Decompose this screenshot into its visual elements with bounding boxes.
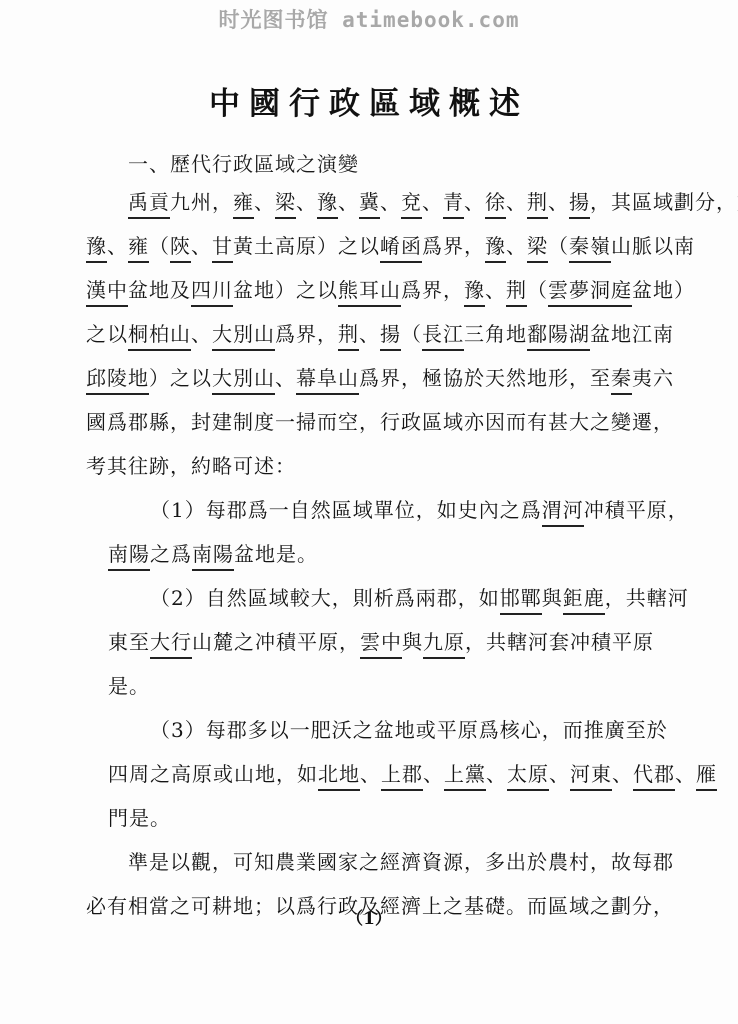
proper-noun-underlined: 幕阜山 [296, 366, 359, 395]
text-segment: 、 [296, 190, 317, 214]
text-segment: （ [548, 234, 569, 258]
page-title: 中國行政區域概述 [0, 78, 738, 123]
text-segment: 四周之高原或山地，如 [108, 762, 318, 786]
proper-noun-underlined: 川 [212, 278, 233, 307]
proper-noun-underlined: 大別山 [212, 366, 275, 395]
text-segment: 三角地 [464, 322, 527, 346]
text-segment: （2）自然區域較大，則析爲兩郡，如 [150, 586, 500, 610]
text-segment: 山麓之冲積平原， [192, 630, 360, 654]
proper-noun-underlined: 甘 [212, 234, 233, 263]
text-segment: ，其區域劃分，如 [590, 190, 738, 214]
page-number: （1） [0, 904, 738, 929]
text-segment: 、 [506, 234, 527, 258]
text-segment: 、 [612, 762, 633, 786]
text-line: 東至大行山麓之冲積平原，雲中與九原，共轄河套冲積平原 [108, 626, 654, 655]
proper-noun-underlined: 梁 [527, 234, 548, 263]
proper-noun-underlined: 揚 [569, 190, 590, 219]
proper-noun-underlined: 河東 [570, 762, 612, 791]
text-segment: 、 [486, 762, 507, 786]
proper-noun-underlined: 禹貢 [128, 190, 170, 219]
text-segment: 盆地是。 [234, 542, 318, 566]
text-segment: 是。 [108, 674, 150, 698]
text-segment: （ [527, 278, 548, 302]
text-segment: 東至 [108, 630, 150, 654]
text-line: 豫、雍（陝、甘黃土高原）之以崤函爲界，豫、梁（秦嶺山脈以南 [86, 230, 695, 259]
text-segment: 、 [380, 190, 401, 214]
proper-noun-underlined: 代郡 [633, 762, 675, 791]
text-segment: ，共轄河套冲積平原 [465, 630, 654, 654]
proper-noun-underlined: 桐柏山 [128, 322, 191, 351]
text-segment: 夷六 [632, 366, 674, 390]
text-segment: （ [401, 322, 422, 346]
text-segment: 、 [191, 234, 212, 258]
proper-noun-underlined: 崤函 [380, 234, 422, 263]
proper-noun-underlined: 青 [443, 190, 464, 219]
text-segment: 、 [359, 322, 380, 346]
text-line: （3）每郡多以一肥沃之盆地或平原爲核心，而推廣至於 [150, 714, 668, 743]
proper-noun-underlined: 上黨 [444, 762, 486, 791]
proper-noun-underlined: 四 [191, 278, 212, 307]
proper-noun-underlined: 豫 [317, 190, 338, 219]
proper-noun-underlined: 荆 [527, 190, 548, 219]
text-segment: 冲積平原， [584, 498, 689, 522]
text-segment: （3）每郡多以一肥沃之盆地或平原爲核心，而推廣至於 [150, 718, 668, 742]
text-segment: （1）每郡爲一自然區域單位，如史內之爲 [150, 498, 542, 522]
proper-noun-underlined: 雍 [233, 190, 254, 219]
text-segment: 山脈以南 [611, 234, 695, 258]
proper-noun-underlined: 鄱陽湖 [527, 322, 590, 351]
proper-noun-underlined: 冀 [359, 190, 380, 219]
text-segment: 、 [464, 190, 485, 214]
text-segment: 、 [548, 190, 569, 214]
text-segment: 、 [275, 366, 296, 390]
text-segment: 之爲 [150, 542, 192, 566]
text-segment: 黃土高原）之以 [233, 234, 380, 258]
text-segment: 九州， [170, 190, 233, 214]
proper-noun-underlined: 雲夢 [548, 278, 590, 307]
text-segment: 門是。 [108, 806, 171, 830]
proper-noun-underlined: 長江 [422, 322, 464, 351]
proper-noun-underlined: 徐 [485, 190, 506, 219]
text-line: 邱陵地）之以大別山、幕阜山爲界，極協於天然地形，至秦夷六 [86, 362, 674, 391]
proper-noun-underlined: 邱陵地 [86, 366, 149, 395]
proper-noun-underlined: 太原 [507, 762, 549, 791]
text-line: 是。 [108, 670, 150, 699]
text-line: 門是。 [108, 802, 171, 831]
proper-noun-underlined: 豫 [464, 278, 485, 307]
section-heading: 一、歷代行政區域之演變 [128, 148, 359, 177]
text-segment: 準是以觀，可知農業國家之經濟資源，多出於農村，故每郡 [128, 850, 674, 874]
proper-noun-underlined: 陝 [170, 234, 191, 263]
proper-noun-underlined: 南陽 [192, 542, 234, 571]
proper-noun-underlined: 兗 [401, 190, 422, 219]
text-segment: 、 [485, 278, 506, 302]
text-segment: 考其往跡，約略可述： [86, 454, 296, 478]
text-segment: 國爲郡縣，封建制度一掃而空，行政區域亦因而有甚大之變遷， [86, 410, 674, 434]
proper-noun-underlined: 梁 [275, 190, 296, 219]
text-segment: （ [149, 234, 170, 258]
text-segment: 爲界，極協於天然地形，至 [359, 366, 611, 390]
text-line: 四周之高原或山地，如北地、上郡、上黨、太原、河東、代郡、雁 [108, 758, 717, 787]
text-segment: 、 [423, 762, 444, 786]
text-segment: 爲界， [401, 278, 464, 302]
text-segment: 、 [107, 234, 128, 258]
proper-noun-underlined: 鉅鹿 [563, 586, 605, 615]
proper-noun-underlined: 邯鄲 [500, 586, 542, 615]
text-segment: 與 [542, 586, 563, 610]
text-line: 考其往跡，約略可述： [86, 450, 296, 479]
text-segment: 爲界， [422, 234, 485, 258]
proper-noun-underlined: 秦嶺 [569, 234, 611, 263]
watermark: 时光图书馆 atimebook.com [0, 4, 738, 34]
text-line: 禹貢九州，雍、梁、豫、冀、兗、青、徐、荆、揚，其區域劃分，如 [128, 186, 738, 215]
text-segment: 盆地江南 [590, 322, 674, 346]
proper-noun-underlined: 大行 [150, 630, 192, 659]
text-segment: 、 [360, 762, 381, 786]
text-segment: ）之以 [149, 366, 212, 390]
text-segment: 、 [254, 190, 275, 214]
text-segment: 爲界， [275, 322, 338, 346]
proper-noun-underlined: 北地 [318, 762, 360, 791]
text-segment: 與 [402, 630, 423, 654]
proper-noun-underlined: 秦 [611, 366, 632, 395]
proper-noun-underlined: 豫 [86, 234, 107, 263]
proper-noun-underlined: 洞庭 [590, 278, 632, 307]
proper-noun-underlined: 熊耳山 [338, 278, 401, 307]
text-line: 準是以觀，可知農業國家之經濟資源，多出於農村，故每郡 [128, 846, 674, 875]
text-segment: 、 [191, 322, 212, 346]
text-segment: 盆地）之以 [233, 278, 338, 302]
text-line: 南陽之爲南陽盆地是。 [108, 538, 318, 567]
proper-noun-underlined: 漢中 [86, 278, 128, 307]
proper-noun-underlined: 九原 [423, 630, 465, 659]
text-line: 之以桐柏山、大別山爲界，荆、揚（長江三角地鄱陽湖盆地江南 [86, 318, 674, 347]
proper-noun-underlined: 雲中 [360, 630, 402, 659]
proper-noun-underlined: 上郡 [381, 762, 423, 791]
text-segment: 、 [675, 762, 696, 786]
text-segment: 、 [506, 190, 527, 214]
proper-noun-underlined: 雁 [696, 762, 717, 791]
text-line: 漢中盆地及四川盆地）之以熊耳山爲界，豫、荆（雲夢洞庭盆地） [86, 274, 695, 303]
proper-noun-underlined: 雍 [128, 234, 149, 263]
proper-noun-underlined: 荆 [506, 278, 527, 307]
proper-noun-underlined: 揚 [380, 322, 401, 351]
text-segment: ，共轄河 [605, 586, 689, 610]
proper-noun-underlined: 南陽 [108, 542, 150, 571]
text-segment: 盆地及 [128, 278, 191, 302]
proper-noun-underlined: 豫 [485, 234, 506, 263]
proper-noun-underlined: 荆 [338, 322, 359, 351]
text-segment: 、 [338, 190, 359, 214]
proper-noun-underlined: 渭河 [542, 498, 584, 527]
text-segment: 、 [422, 190, 443, 214]
text-line: （1）每郡爲一自然區域單位，如史內之爲渭河冲積平原， [150, 494, 689, 523]
text-segment: 、 [549, 762, 570, 786]
text-segment: 之以 [86, 322, 128, 346]
text-line: （2）自然區域較大，則析爲兩郡，如邯鄲與鉅鹿，共轄河 [150, 582, 689, 611]
proper-noun-underlined: 大別山 [212, 322, 275, 351]
text-line: 國爲郡縣，封建制度一掃而空，行政區域亦因而有甚大之變遷， [86, 406, 674, 435]
text-segment: 盆地） [632, 278, 695, 302]
